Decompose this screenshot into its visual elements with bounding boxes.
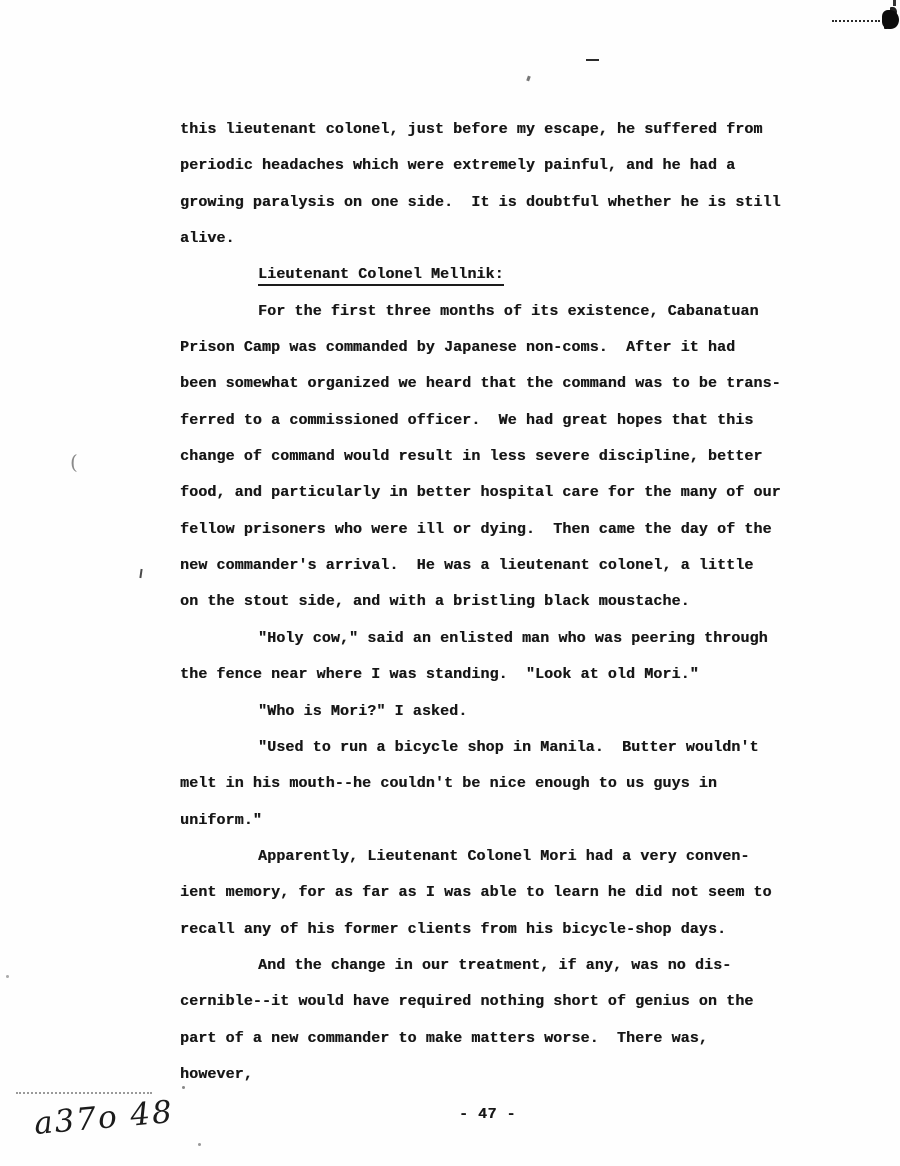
typewritten-line: ferred to a commissioned officer. We had… (180, 403, 786, 439)
typewritten-line: ient memory, for as far as I was able to… (180, 875, 786, 911)
typewritten-line: alive. (180, 221, 786, 257)
stray-dot (6, 975, 9, 978)
typewritten-line: melt in his mouth--he couldn't be nice e… (180, 766, 786, 802)
typewritten-line: on the stout side, and with a bristling … (180, 584, 786, 620)
stray-tick-mark (139, 569, 142, 578)
handwritten-number: a37o 48 (33, 1094, 176, 1142)
typewritten-line: "Who is Mori?" I asked. (180, 694, 786, 730)
section-heading: Lieutenant Colonel Mellnik: (180, 257, 786, 293)
stray-dot-row (16, 1092, 152, 1094)
typewritten-line: new commander's arrival. He was a lieute… (180, 548, 786, 584)
typewritten-line: Apparently, Lieutenant Colonel Mori had … (180, 839, 786, 875)
page-number: - 47 - (459, 1106, 516, 1123)
typewritten-line: cernible--it would have required nothing… (180, 984, 786, 1020)
typewritten-line: part of a new commander to make matters … (180, 1021, 786, 1094)
typewritten-line: periodic headaches which were extremely … (180, 148, 786, 184)
typewritten-line: And the change in our treatment, if any,… (180, 948, 786, 984)
stray-paren-mark: ( (70, 450, 84, 476)
typewritten-line: growing paralysis on one side. It is dou… (180, 185, 786, 221)
typewritten-line: "Used to run a bicycle shop in Manila. B… (180, 730, 786, 766)
typewritten-line: change of command would result in less s… (180, 439, 786, 475)
typewritten-line: been somewhat organized we heard that th… (180, 366, 786, 402)
typewritten-line: "Holy cow," said an enlisted man who was… (180, 621, 786, 657)
typewritten-line: recall any of his former clients from hi… (180, 912, 786, 948)
ink-smudge-dotted-trail (832, 20, 880, 22)
document-body: this lieutenant colonel, just before my … (180, 112, 786, 1093)
typewritten-line: Prison Camp was commanded by Japanese no… (180, 330, 786, 366)
typewritten-line: this lieutenant colonel, just before my … (180, 112, 786, 148)
typewritten-line: For the first three months of its existe… (180, 294, 786, 330)
typewritten-line: food, and particularly in better hospita… (180, 475, 786, 511)
ink-smudge-edge-mark (893, 0, 896, 6)
typewritten-line: fellow prisoners who were ill or dying. … (180, 512, 786, 548)
stray-speck (526, 76, 531, 82)
ink-smudge-topright (882, 10, 899, 29)
typewritten-line: the fence near where I was standing. "Lo… (180, 657, 786, 693)
stray-dot (198, 1143, 201, 1146)
typewritten-line: uniform." (180, 803, 786, 839)
stray-dash-mark (586, 59, 599, 61)
document-page: ( this lieutenant colonel, just before m… (0, 0, 900, 1166)
section-heading-text: Lieutenant Colonel Mellnik: (258, 266, 504, 286)
